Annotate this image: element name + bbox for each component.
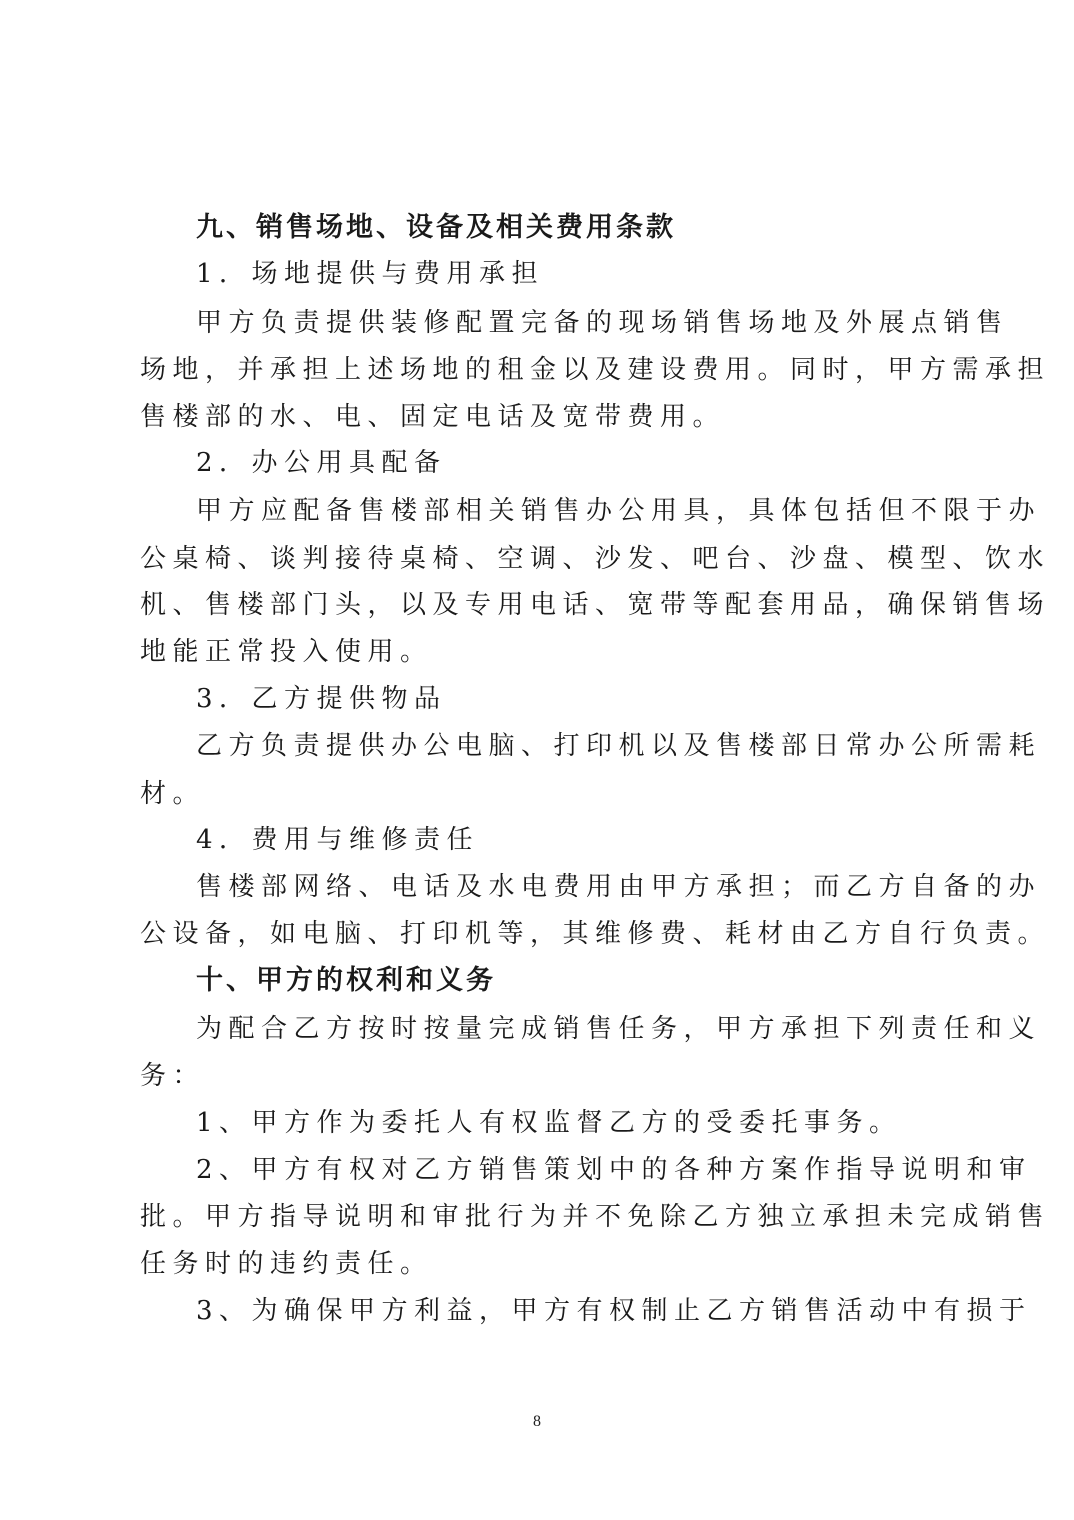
paragraph-line: 材。	[140, 777, 940, 811]
paragraph-line: 场地，并承担上述场地的租金以及建设费用。同时，甲方需承担	[140, 353, 940, 387]
paragraph-line: 为配合乙方按时按量完成销售任务，甲方承担下列责任和义	[196, 1012, 940, 1046]
paragraph-line: 甲方负责提供装修配置完备的现场销售场地及外展点销售	[196, 306, 940, 340]
list-item: 3、为确保甲方利益，甲方有权制止乙方销售活动中有损于	[196, 1294, 940, 1328]
section-heading-10: 十、甲方的权利和义务	[196, 964, 940, 998]
section-heading-9: 九、销售场地、设备及相关费用条款	[196, 211, 940, 245]
subsection-title-4: 4．费用与维修责任	[196, 823, 940, 857]
page-number: 8	[527, 1413, 547, 1431]
paragraph-line: 售楼部网络、电话及水电费用由甲方承担；而乙方自备的办	[196, 870, 940, 904]
paragraph-line: 公桌椅、谈判接待桌椅、空调、沙发、吧台、沙盘、模型、饮水	[140, 542, 940, 576]
paragraph-line: 甲方应配备售楼部相关销售办公用具，具体包括但不限于办	[196, 494, 940, 528]
list-item: 2、甲方有权对乙方销售策划中的各种方案作指导说明和审	[196, 1153, 940, 1187]
document-page: 九、销售场地、设备及相关费用条款 1．场地提供与费用承担 甲方负责提供装修配置完…	[0, 0, 1074, 1520]
subsection-title-3: 3．乙方提供物品	[196, 682, 940, 716]
paragraph-line: 务：	[140, 1059, 940, 1093]
paragraph-line: 地能正常投入使用。	[140, 635, 940, 669]
paragraph-line: 乙方负责提供办公电脑、打印机以及售楼部日常办公所需耗	[196, 729, 940, 763]
paragraph-line: 售楼部的水、电、固定电话及宽带费用。	[140, 400, 940, 434]
subsection-title-2: 2．办公用具配备	[196, 446, 940, 480]
subsection-title-1: 1．场地提供与费用承担	[196, 257, 940, 291]
paragraph-line: 机、售楼部门头，以及专用电话、宽带等配套用品，确保销售场	[140, 588, 940, 622]
paragraph-line: 批。甲方指导说明和审批行为并不免除乙方独立承担未完成销售	[140, 1200, 940, 1234]
list-item: 1、甲方作为委托人有权监督乙方的受委托事务。	[196, 1106, 940, 1140]
paragraph-line: 公设备，如电脑、打印机等，其维修费、耗材由乙方自行负责。	[140, 917, 940, 951]
paragraph-line: 任务时的违约责任。	[140, 1247, 940, 1281]
